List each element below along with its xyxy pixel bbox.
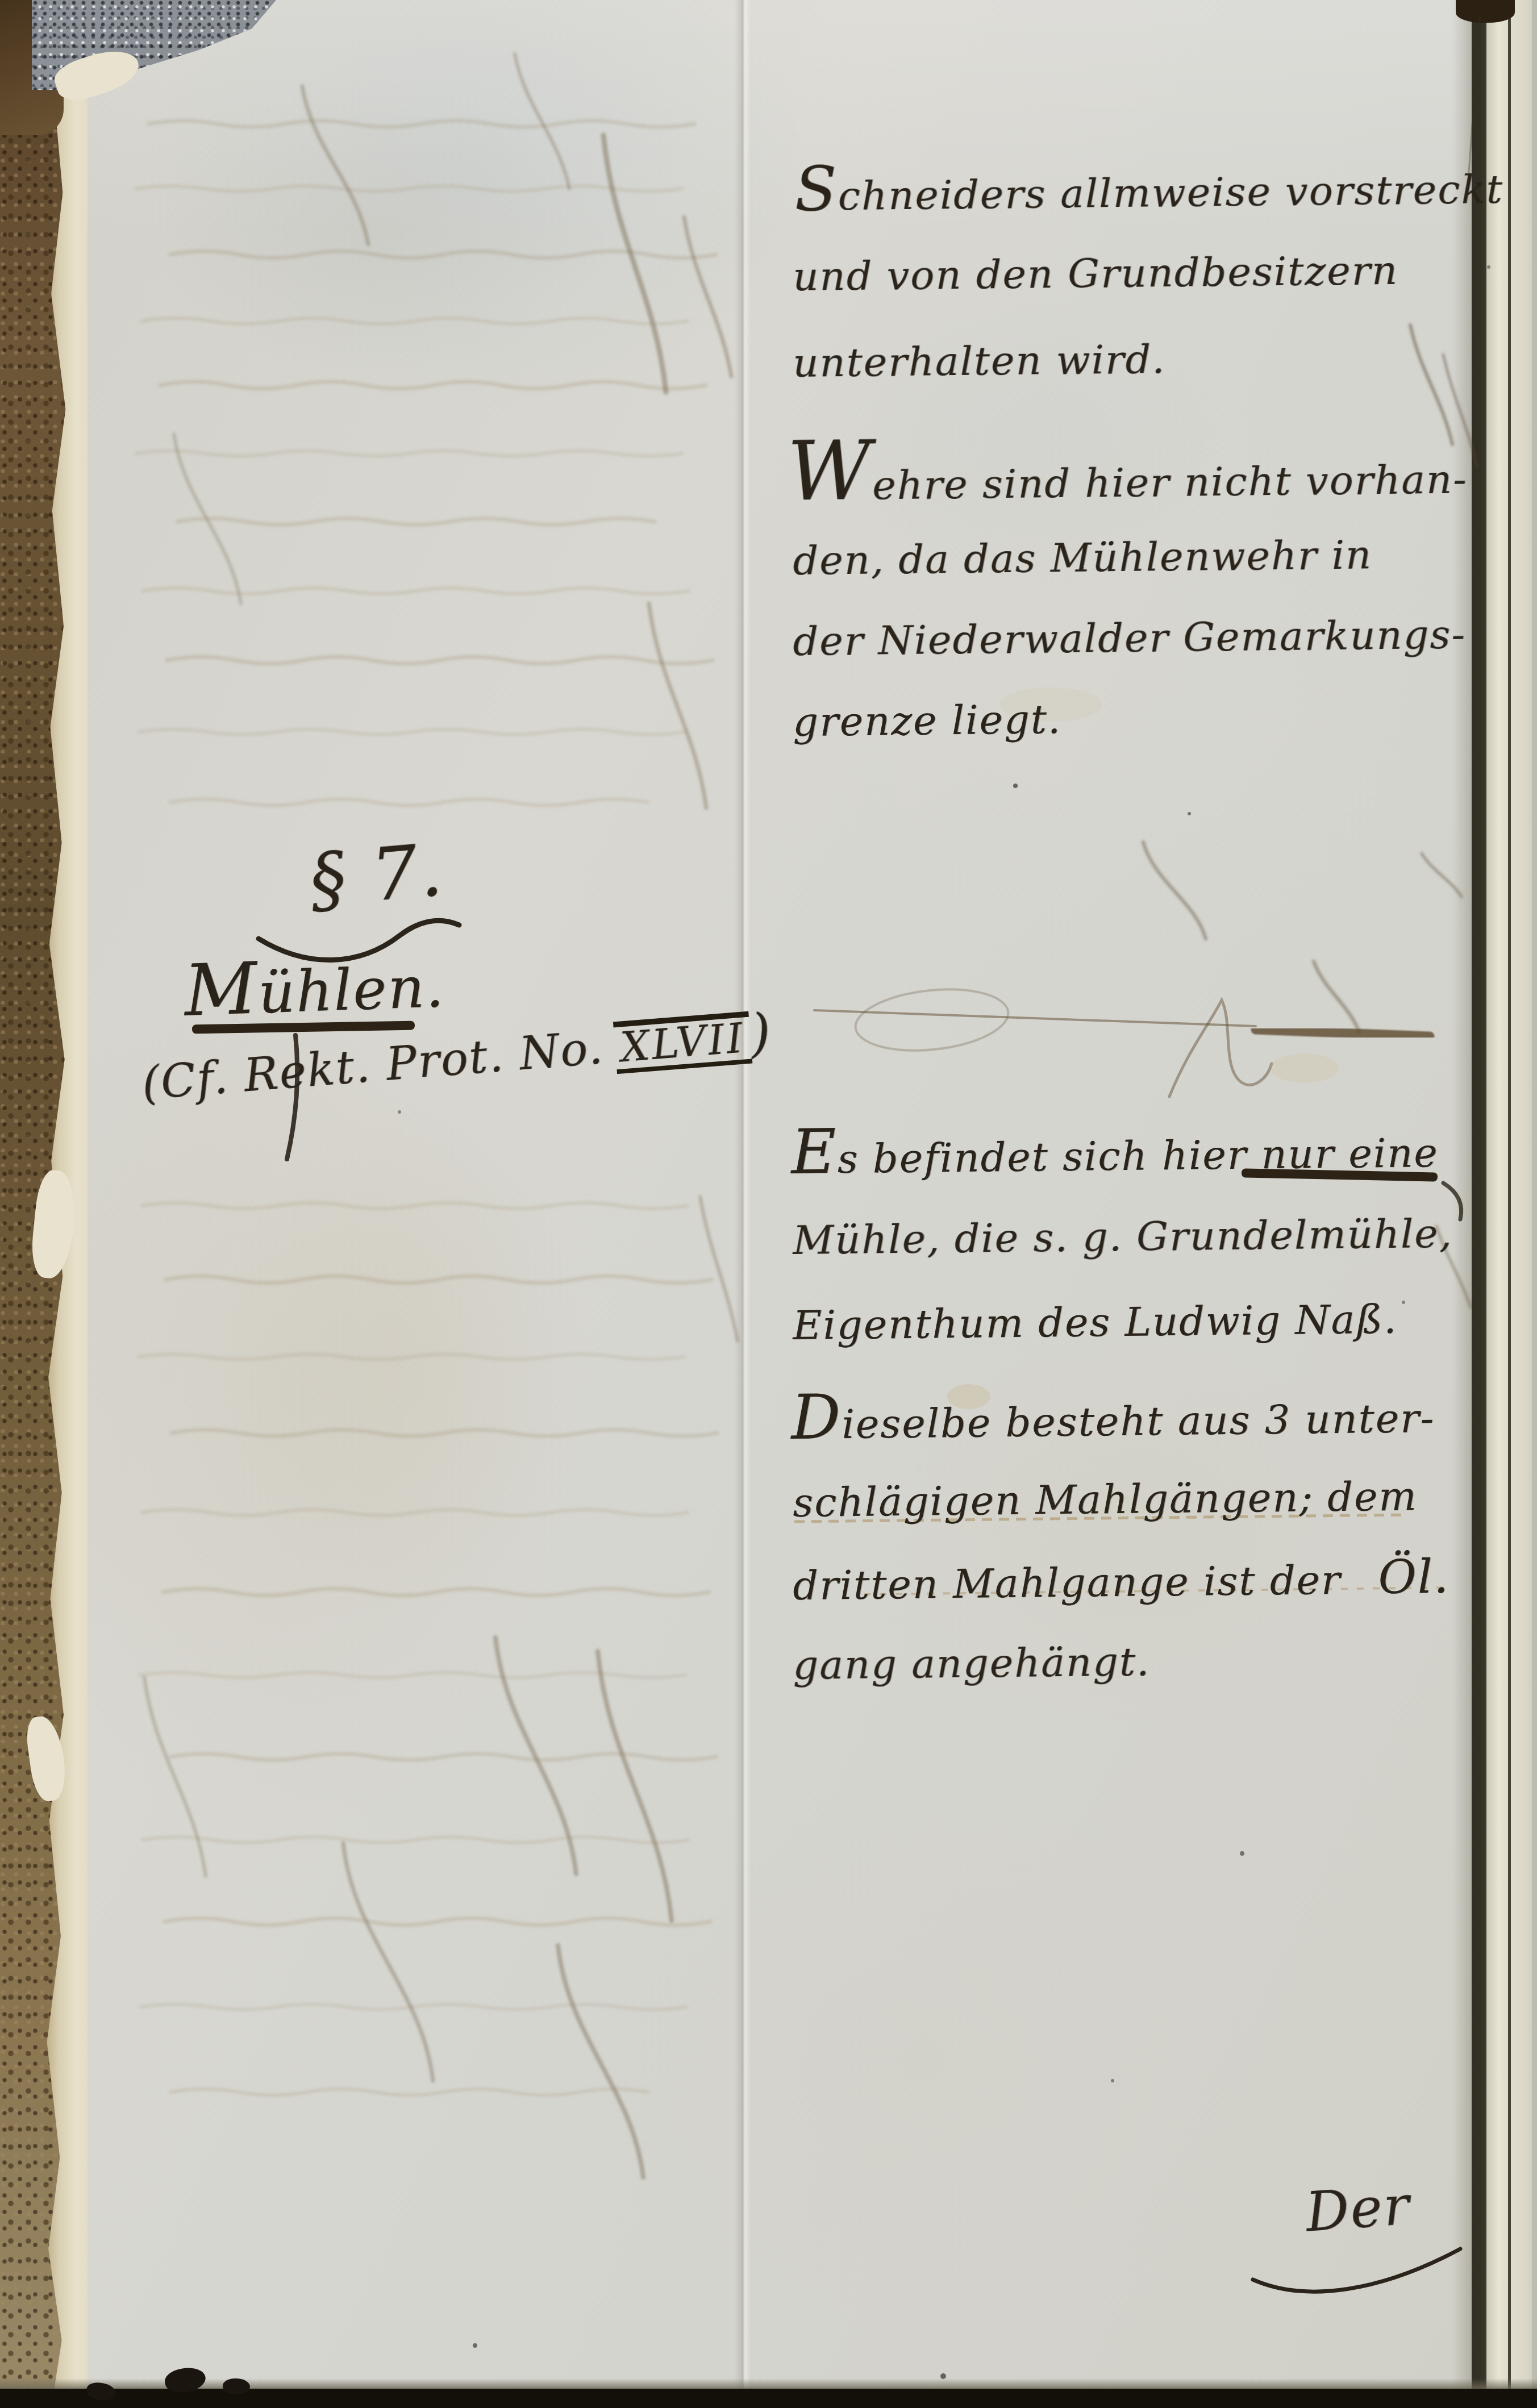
section-mark: § 7.	[307, 834, 446, 918]
margin-word: Öl.	[1378, 1554, 1449, 1601]
body-line: Mühle, die s. g. Grundelmühle,	[793, 1214, 1453, 1260]
body-line: der Niederwalder Gemarkungs-	[793, 615, 1466, 661]
section-heading: Mühlen.	[183, 947, 445, 1027]
reference-suffix: )	[748, 1002, 774, 1064]
body-line: unterhalten wird.	[793, 339, 1166, 383]
body-line: Dieselbe besteht aus 3 unter-	[791, 1392, 1435, 1445]
body-line: Eigenthum des Ludwig Naß.	[793, 1299, 1398, 1345]
photographed-manuscript: { "document": { "kind": "Handwritten Ger…	[0, 0, 1537, 2408]
body-line: und von den Grundbesitzern	[793, 251, 1398, 297]
ghost-writing-overlay	[0, 0, 1537, 2408]
catchword: Der	[1304, 2179, 1412, 2240]
body-line: grenze liegt.	[793, 699, 1061, 742]
body-line: gang angehängt.	[793, 1642, 1151, 1685]
body-line: schlägigen Mahlgängen; dem	[793, 1476, 1418, 1523]
body-line: dritten Mahlgange ist der	[793, 1560, 1342, 1606]
body-line: Wehre sind hier nicht vorhan-	[787, 444, 1468, 506]
reference-numeral: XLVII	[613, 1011, 752, 1074]
body-line: Schneiders allmweise vorstreckt	[794, 163, 1503, 216]
body-line: den, da das Mühlenwehr in	[793, 535, 1372, 581]
